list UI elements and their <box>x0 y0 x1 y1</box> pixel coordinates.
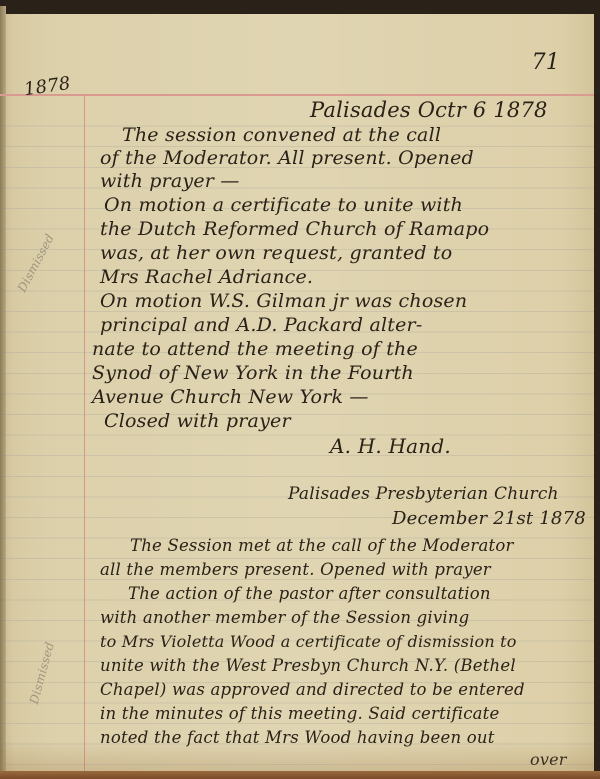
entry2-line: noted the fact that Mrs Wood having been… <box>100 728 495 747</box>
entry2-line: to Mrs Violetta Wood a certificate of di… <box>100 632 517 651</box>
entry2-line: with another member of the Session givin… <box>100 608 469 627</box>
entry1-line: On motion W.S. Gilman jr was chosen <box>100 290 467 312</box>
entry1-line: with prayer — <box>100 170 240 192</box>
entry1-line: Synod of New York in the Fourth <box>92 362 414 384</box>
entry2-heading-date: December 21st 1878 <box>392 508 586 529</box>
entry2-line: unite with the West Presbyn Church N.Y. … <box>100 656 516 675</box>
entry1-heading: Palisades Octr 6 1878 <box>310 98 548 122</box>
continuation-over: over <box>530 750 567 769</box>
entry1-line: Avenue Church New York — <box>92 386 369 408</box>
entry1-line: was, at her own request, granted to <box>100 242 452 264</box>
entry2-line: The Session met at the call of the Moder… <box>130 536 514 555</box>
entry2-line: all the members present. Opened with pra… <box>100 560 491 579</box>
page-number: 71 <box>532 50 560 75</box>
header-red-rule <box>0 94 594 96</box>
entry1-line: of the Moderator. All present. Opened <box>100 147 474 169</box>
top-shadow <box>0 6 594 14</box>
margin-red-rule <box>84 94 85 771</box>
entry1-line: On motion a certificate to unite with <box>104 194 463 216</box>
book-bottom-edge <box>0 771 600 779</box>
entry1-line: The session convened at the call <box>122 124 441 146</box>
entry2-line: The action of the pastor after consultat… <box>128 584 491 603</box>
entry1-signature: A. H. Hand. <box>330 434 451 458</box>
entry1-line: principal and A.D. Packard alter- <box>100 314 422 336</box>
entry1-line: the Dutch Reformed Church of Ramapo <box>100 218 489 240</box>
entry1-line: Mrs Rachel Adriance. <box>100 266 313 288</box>
ledger-page: 71 1878 Dismissed Dismissed Palisades Oc… <box>0 6 594 771</box>
entry2-heading-church: Palisades Presbyterian Church <box>288 484 559 504</box>
margin-year: 1878 <box>23 73 72 100</box>
entry2-line: in the minutes of this meeting. Said cer… <box>100 704 499 723</box>
entry2-line: Chapel) was approved and directed to be … <box>100 680 525 699</box>
entry1-line: nate to attend the meeting of the <box>92 338 418 360</box>
entry1-line: Closed with prayer <box>104 410 291 432</box>
